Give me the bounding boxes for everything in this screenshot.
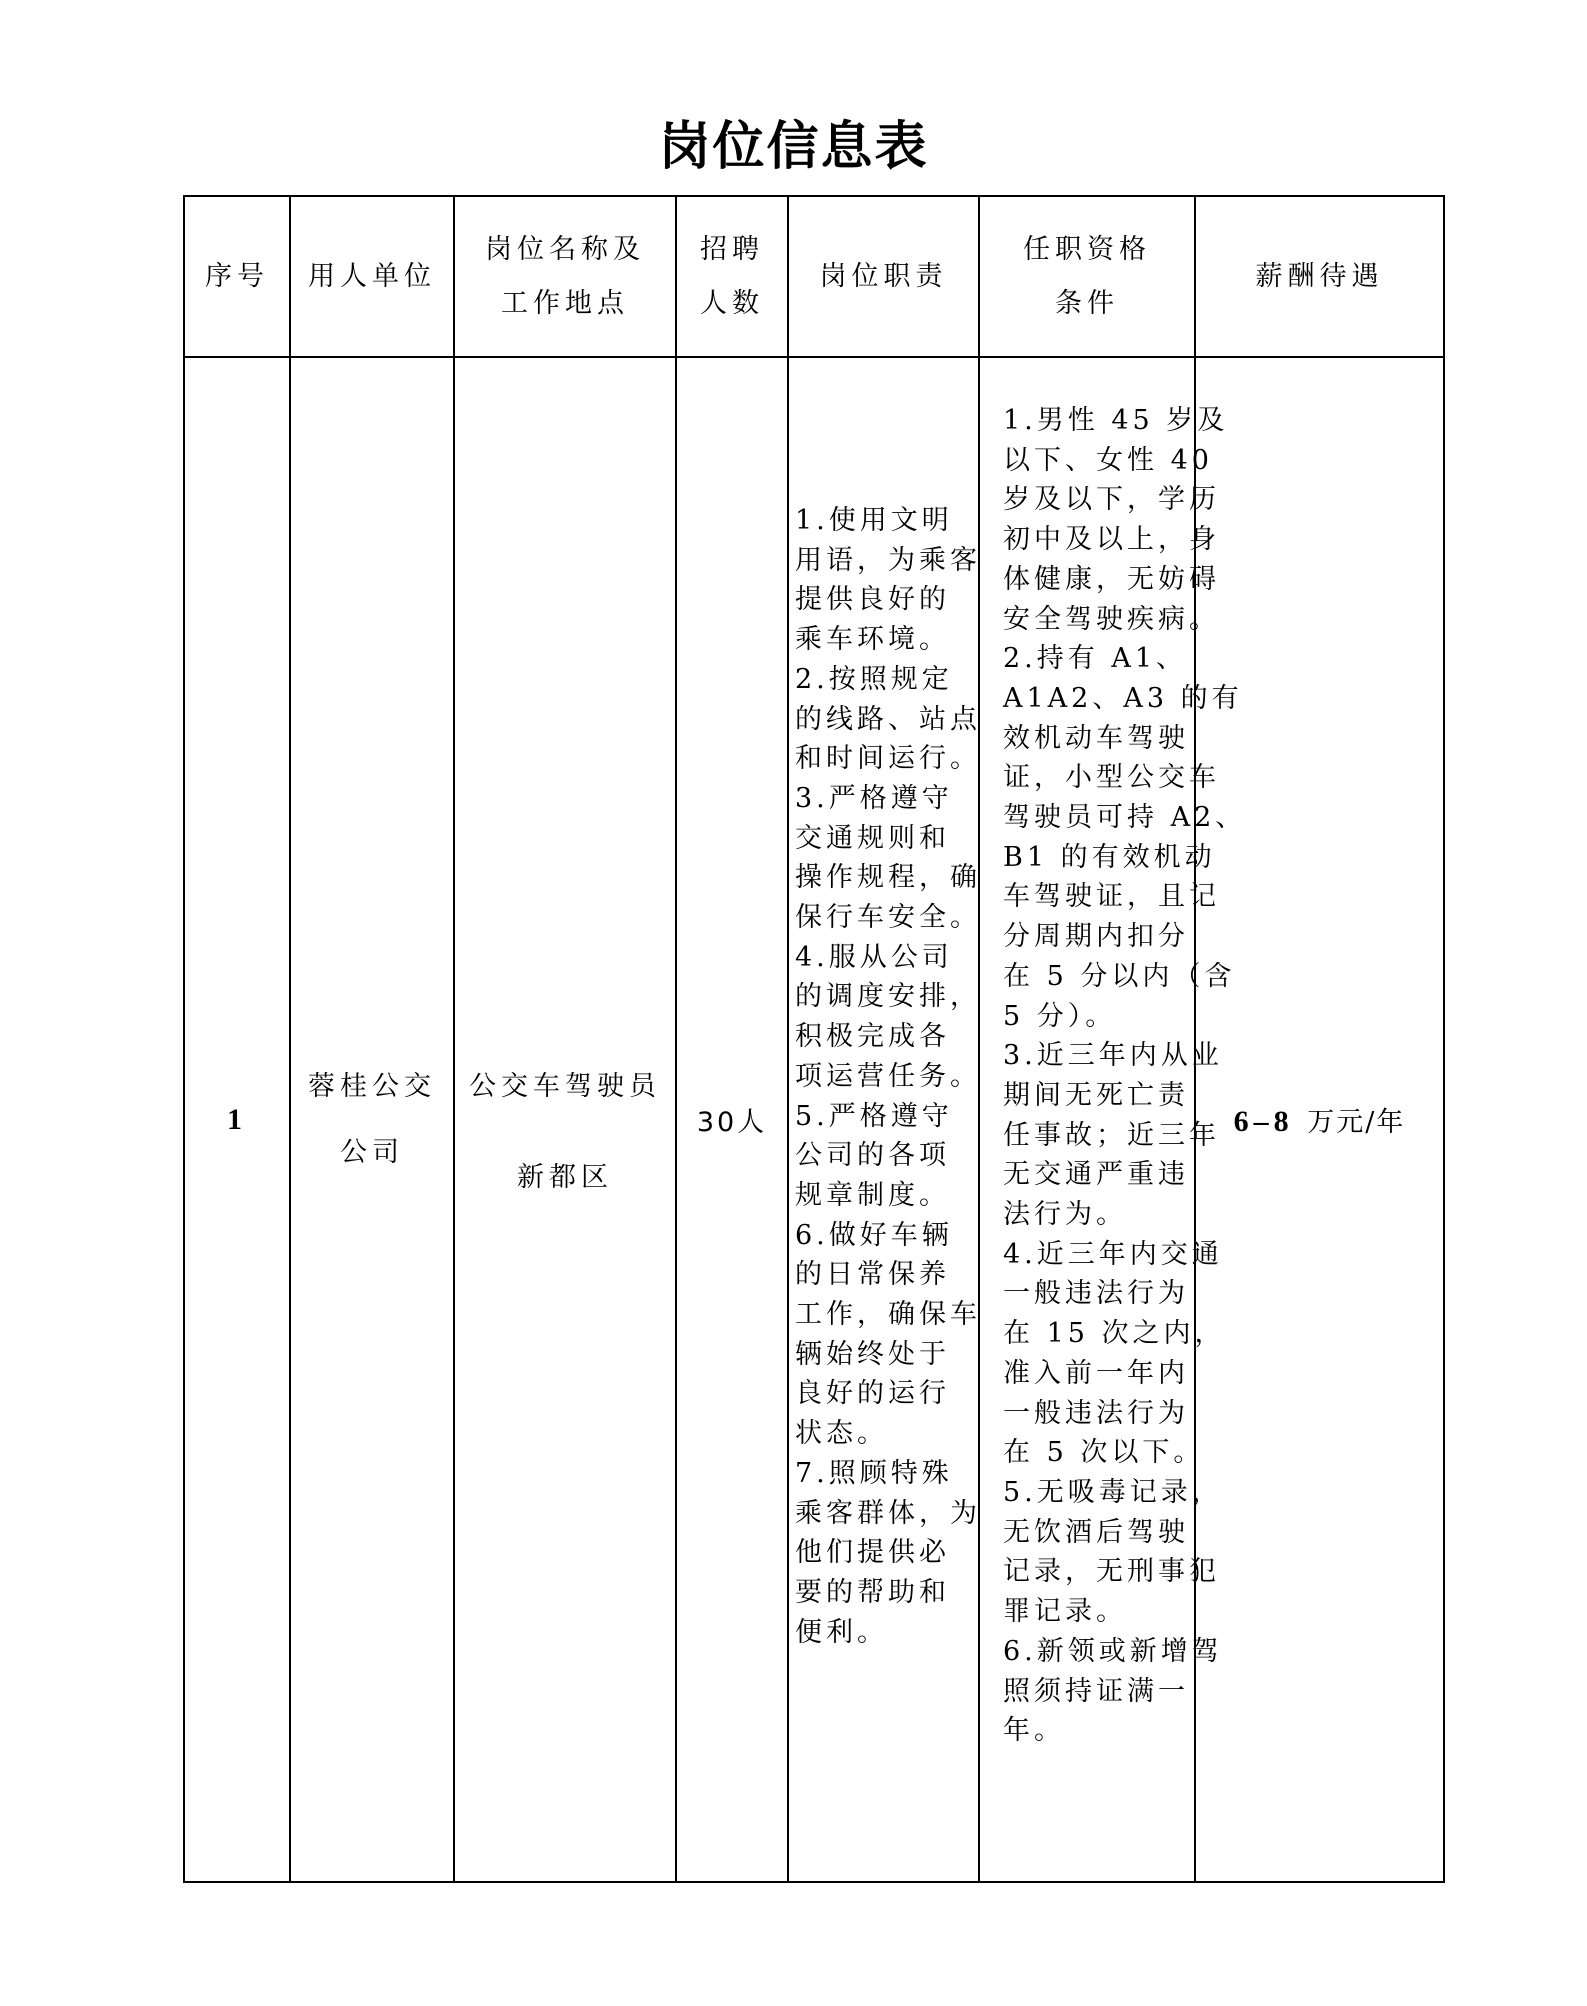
qualification-line: 在 15 次之内， bbox=[1003, 1314, 1194, 1354]
qualification-line: 任事故；近三年 bbox=[1003, 1116, 1194, 1156]
qualification-line: 法行为。 bbox=[1003, 1195, 1194, 1235]
qualification-line: 5.无吸毒记录， bbox=[1003, 1473, 1194, 1513]
qualification-line: 一般违法行为 bbox=[1003, 1274, 1194, 1314]
qualification-line: 以下、女性 40 bbox=[1003, 441, 1194, 481]
row-qualifications: 1.男性 45 岁及以下、女性 40岁及以下，学历初中及以上，身体健康，无妨碍安… bbox=[1003, 401, 1194, 1751]
qualification-line: 无交通严重违 bbox=[1003, 1155, 1194, 1195]
col-border bbox=[1443, 195, 1445, 1883]
header-label: 岗位名称及 bbox=[485, 223, 645, 277]
duty-line: 3.严格遵守 bbox=[795, 779, 978, 819]
header-headcount: 招聘 人数 bbox=[677, 197, 787, 356]
duty-line: 工作，确保车 bbox=[795, 1295, 978, 1335]
header-label: 条件 bbox=[1055, 277, 1119, 331]
duty-line: 1.使用文明 bbox=[795, 501, 978, 541]
qualification-line: 在 5 次以下。 bbox=[1003, 1433, 1194, 1473]
qualification-line: 安全驾驶疾病。 bbox=[1003, 600, 1194, 640]
qualification-line: 5 分）。 bbox=[1003, 997, 1194, 1037]
qualification-line: 一般违法行为 bbox=[1003, 1394, 1194, 1434]
row-headcount: 30人 bbox=[677, 358, 787, 1881]
duty-line: 保行车安全。 bbox=[795, 898, 978, 938]
duty-line: 的日常保养 bbox=[795, 1255, 978, 1295]
qualification-line: 在 5 分以内（含 bbox=[1003, 957, 1194, 997]
qualification-line: 6.新领或新增驾 bbox=[1003, 1632, 1194, 1672]
duty-line: 2.按照规定 bbox=[795, 660, 978, 700]
header-label: 用人单位 bbox=[308, 250, 436, 304]
duty-line: 规章制度。 bbox=[795, 1176, 978, 1216]
page-title: 岗位信息表 bbox=[0, 112, 1587, 182]
qualification-line: 体健康，无妨碍 bbox=[1003, 560, 1194, 600]
row-employer: 蓉桂公交 公司 bbox=[291, 358, 453, 1881]
duty-line: 辆始终处于 bbox=[795, 1335, 978, 1375]
qualification-line: 3.近三年内从业 bbox=[1003, 1036, 1194, 1076]
duty-line: 的线路、站点 bbox=[795, 700, 978, 740]
header-label: 岗位职责 bbox=[820, 250, 948, 304]
row-index: 1 bbox=[185, 358, 289, 1881]
headcount-value: 30人 bbox=[697, 1100, 767, 1139]
qualification-line: 效机动车驾驶 bbox=[1003, 719, 1194, 759]
qualification-line: 分周期内扣分 bbox=[1003, 917, 1194, 957]
duty-line: 他们提供必 bbox=[795, 1533, 978, 1573]
header-employer: 用人单位 bbox=[291, 197, 453, 356]
duty-line: 积极完成各 bbox=[795, 1017, 978, 1057]
qualification-line: 期间无死亡责 bbox=[1003, 1076, 1194, 1116]
duty-line: 5.严格遵守 bbox=[795, 1097, 978, 1137]
col-border bbox=[978, 195, 980, 1883]
row-duties: 1.使用文明用语，为乘客提供良好的乘车环境。2.按照规定的线路、站点和时间运行。… bbox=[795, 501, 978, 1652]
header-position: 岗位名称及 工作地点 bbox=[455, 197, 675, 356]
duty-line: 项运营任务。 bbox=[795, 1057, 978, 1097]
duty-line: 乘车环境。 bbox=[795, 620, 978, 660]
qualification-line: 驾驶员可持 A2、 bbox=[1003, 798, 1194, 838]
header-index: 序号 bbox=[185, 197, 289, 356]
position-title: 公交车驾驶员 bbox=[469, 1064, 661, 1110]
header-label: 人数 bbox=[700, 277, 764, 331]
header-salary: 薪酬待遇 bbox=[1196, 197, 1443, 356]
work-location: 新都区 bbox=[469, 1155, 661, 1201]
qualification-line: 初中及以上，身 bbox=[1003, 520, 1194, 560]
qualification-line: 无饮酒后驾驶 bbox=[1003, 1513, 1194, 1553]
duty-line: 7.照顾特殊 bbox=[795, 1454, 978, 1494]
row-position: 公交车驾驶员 新都区 bbox=[455, 358, 675, 1881]
employer-line: 蓉桂公交 bbox=[308, 1054, 436, 1120]
duty-line: 用语，为乘客 bbox=[795, 541, 978, 581]
header-label: 招聘 bbox=[700, 223, 764, 277]
qualification-line: 1.男性 45 岁及 bbox=[1003, 401, 1194, 441]
duty-line: 4.服从公司 bbox=[795, 938, 978, 978]
col-border bbox=[787, 195, 789, 1883]
employer-line: 公司 bbox=[308, 1120, 436, 1186]
duty-line: 公司的各项 bbox=[795, 1136, 978, 1176]
qualification-line: 证，小型公交车 bbox=[1003, 758, 1194, 798]
qualification-line: 4.近三年内交通 bbox=[1003, 1235, 1194, 1275]
row-salary: 6–8 万元/年 bbox=[1196, 358, 1443, 1881]
duty-line: 交通规则和 bbox=[795, 819, 978, 859]
header-duties: 岗位职责 bbox=[789, 197, 978, 356]
duty-line: 和时间运行。 bbox=[795, 739, 978, 779]
table-border-bottom bbox=[183, 1881, 1445, 1883]
duty-line: 6.做好车辆 bbox=[795, 1216, 978, 1256]
qualification-line: 照须持证满一 bbox=[1003, 1672, 1194, 1712]
qualification-line: 准入前一年内 bbox=[1003, 1354, 1194, 1394]
duty-line: 操作规程，确 bbox=[795, 858, 978, 898]
qualification-line: 罪记录。 bbox=[1003, 1592, 1194, 1632]
index-value: 1 bbox=[227, 1103, 247, 1137]
duty-line: 便利。 bbox=[795, 1613, 978, 1653]
salary-unit: 万元/年 bbox=[1307, 1107, 1405, 1138]
salary-range: 6–8 bbox=[1234, 1105, 1294, 1138]
qualification-line: 2.持有 A1、 bbox=[1003, 639, 1194, 679]
duty-line: 的调度安排， bbox=[795, 977, 978, 1017]
header-label: 工作地点 bbox=[501, 277, 629, 331]
qualification-line: 记录，无刑事犯 bbox=[1003, 1552, 1194, 1592]
duty-line: 提供良好的 bbox=[795, 580, 978, 620]
job-info-table: 序号 用人单位 岗位名称及 工作地点 招聘 人数 岗位职责 任职资格 条件 薪酬… bbox=[183, 195, 1445, 1883]
qualification-line: B1 的有效机动 bbox=[1003, 838, 1194, 878]
header-qualifications: 任职资格 条件 bbox=[980, 197, 1194, 356]
header-label: 薪酬待遇 bbox=[1256, 250, 1384, 304]
qualification-line: 年。 bbox=[1003, 1711, 1194, 1751]
header-label: 序号 bbox=[205, 250, 269, 304]
qualification-line: A1A2、A3 的有 bbox=[1003, 679, 1194, 719]
duty-line: 状态。 bbox=[795, 1414, 978, 1454]
duty-line: 乘客群体，为 bbox=[795, 1494, 978, 1534]
duty-line: 要的帮助和 bbox=[795, 1573, 978, 1613]
duty-line: 良好的运行 bbox=[795, 1374, 978, 1414]
qualification-line: 岁及以下，学历 bbox=[1003, 480, 1194, 520]
qualification-line: 车驾驶证，且记 bbox=[1003, 877, 1194, 917]
header-label: 任职资格 bbox=[1023, 223, 1151, 277]
